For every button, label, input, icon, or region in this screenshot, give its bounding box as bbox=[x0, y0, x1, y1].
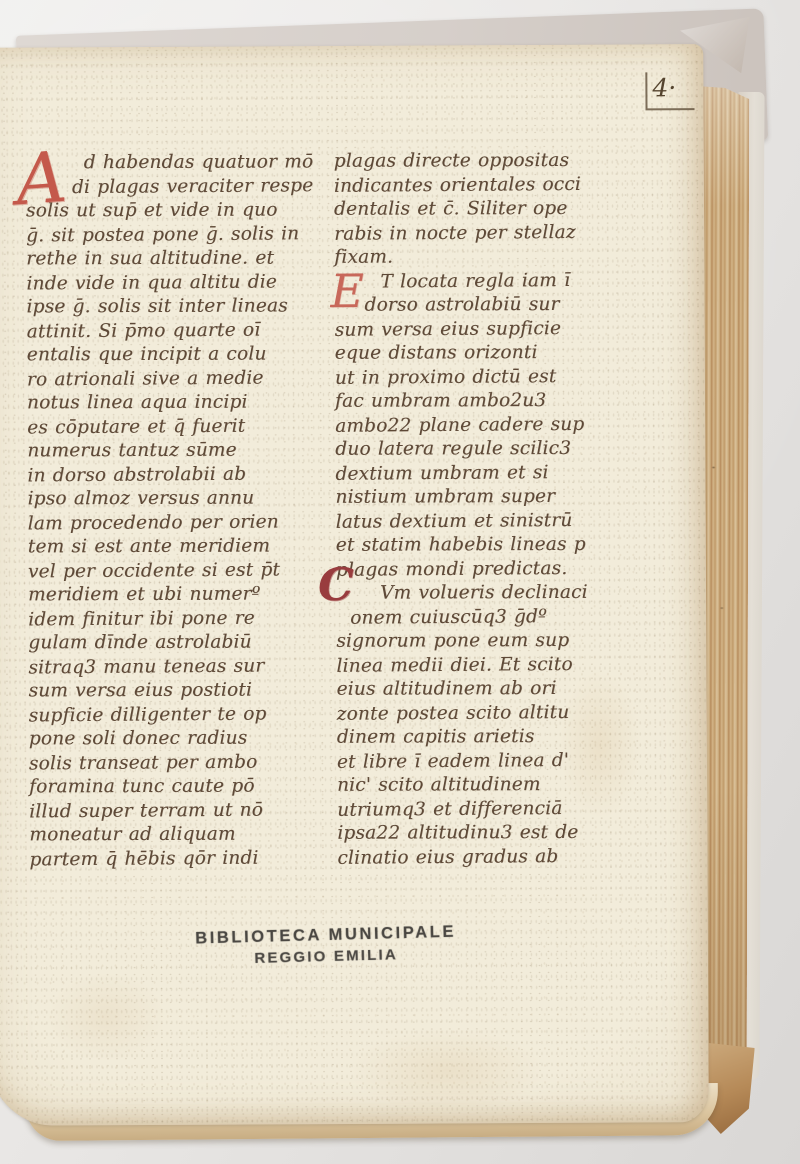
manuscript-line: vel per occidente si est p̄t bbox=[28, 558, 328, 584]
rubric-initial-a: A bbox=[13, 142, 69, 216]
manuscript-line: fixam. bbox=[334, 245, 634, 270]
manuscript-line: dinem capitis arietis bbox=[337, 725, 637, 750]
rubric-initial-c: C bbox=[318, 562, 354, 607]
text-column-right: plagas directe oppositas indicantes orie… bbox=[334, 148, 638, 870]
parchment-stain bbox=[26, 957, 187, 1078]
manuscript-line: moneatur ad aliquam bbox=[29, 822, 329, 847]
manuscript-line: eius altitudinem ab ori bbox=[337, 677, 637, 702]
manuscript-line: sum versa eius postioti bbox=[29, 678, 329, 703]
manuscript-line: sitraq3 manu teneas sur bbox=[28, 654, 328, 680]
manuscript-line: pone soli donec radius bbox=[29, 726, 329, 751]
manuscript-line: Vm volueris declinaci bbox=[336, 581, 636, 606]
manuscript-line: zonte postea scito altitu bbox=[337, 700, 637, 726]
manuscript-line: in dorso abstrolabii ab bbox=[27, 462, 327, 488]
manuscript-line: ipse ḡ. solis sit inter lineas bbox=[27, 294, 327, 319]
manuscript-line: nic' scito altitudinem bbox=[337, 773, 637, 798]
manuscript-line: ro atrionali sive a medie bbox=[27, 366, 327, 392]
manuscript-line: linea medii diei. Et scito bbox=[336, 652, 636, 678]
manuscript-line: idem finitur ibi pone re bbox=[28, 606, 328, 632]
library-stamp-city: REGGIO EMILIA bbox=[156, 944, 496, 970]
manuscript-line: solis ut sup̄ et vide in quo bbox=[26, 198, 326, 223]
manuscript-line: meridiem et ubi numerº bbox=[28, 582, 328, 607]
manuscript-line: ut in proximo dictū est bbox=[335, 364, 635, 390]
manuscript-line: T locata regla iam ī bbox=[334, 268, 634, 294]
manuscript-line: es cōputare et q̄ fuerit bbox=[27, 414, 327, 440]
folio-number: 4· bbox=[645, 72, 694, 110]
manuscript-line: dentalis et c̄. Siliter ope bbox=[334, 197, 634, 222]
manuscript-line: plagas mondi predictas. bbox=[336, 556, 636, 582]
manuscript-line: et statim habebis lineas p bbox=[336, 533, 636, 558]
manuscript-line: entalis que incipit a colu bbox=[27, 342, 327, 367]
manuscript-line: ḡ. sit postea pone ḡ. solis in bbox=[26, 222, 326, 248]
folio-number-text: 4· bbox=[652, 73, 676, 102]
manuscript-line: et libre ī eadem linea d' bbox=[337, 748, 637, 774]
manuscript-photograph: 4· d habendas quatuor mō di plagas verac… bbox=[0, 0, 800, 1164]
manuscript-line: illud super terram ut nō bbox=[29, 798, 329, 824]
manuscript-line: plagas directe oppositas bbox=[334, 149, 634, 174]
manuscript-line: partem q̄ hēbis qōr indi bbox=[29, 846, 329, 872]
manuscript-line: ambo22 plane cadere sup bbox=[335, 412, 635, 438]
manuscript-line: dorso astrolabiū sur bbox=[334, 293, 634, 318]
manuscript-line: foramina tunc caute pō bbox=[29, 774, 329, 799]
rubric-initial-e: E bbox=[330, 268, 364, 314]
manuscript-line: ipso almoz versus annu bbox=[28, 486, 328, 511]
manuscript-line: latus dextium et sinistrū bbox=[336, 508, 636, 534]
manuscript-line: nistium umbram super bbox=[336, 485, 636, 510]
manuscript-line: notus linea aqua incipi bbox=[27, 390, 327, 415]
library-stamp-name: BIBLIOTECA MUNICIPALE bbox=[155, 922, 495, 950]
manuscript-line: attinit. Si p̄mo quarte oī bbox=[27, 318, 327, 344]
manuscript-page: 4· d habendas quatuor mō di plagas verac… bbox=[0, 44, 709, 1126]
manuscript-line: eque distans orizonti bbox=[335, 341, 635, 366]
manuscript-line: clinatio eius gradus ab bbox=[337, 844, 637, 870]
manuscript-line: numerus tantuz sūme bbox=[27, 438, 327, 463]
manuscript-line: lam procedendo per orien bbox=[28, 510, 328, 536]
manuscript-line: sum versa eius supficie bbox=[335, 316, 635, 342]
manuscript-line: tem si est ante meridiem bbox=[28, 534, 328, 559]
manuscript-line: d habendas quatuor mō bbox=[26, 150, 326, 175]
manuscript-line: utriumq3 et differenciā bbox=[337, 796, 637, 822]
manuscript-line: indicantes orientales occi bbox=[334, 172, 634, 198]
library-stamp: BIBLIOTECA MUNICIPALE REGGIO EMILIA bbox=[155, 922, 496, 970]
manuscript-line: rethe in sua altitudine. et bbox=[26, 246, 326, 271]
manuscript-line: inde vide in qua altitu die bbox=[26, 270, 326, 296]
manuscript-line: duo latera regule scilic3 bbox=[335, 437, 635, 462]
parchment-stain bbox=[544, 644, 655, 845]
manuscript-line: fac umbram ambo2u3 bbox=[335, 389, 635, 414]
manuscript-line: supficie dilligenter te op bbox=[29, 702, 329, 728]
manuscript-line: di plagas veraciter respe bbox=[26, 174, 326, 200]
text-column-left: d habendas quatuor mō di plagas veracite… bbox=[26, 150, 330, 872]
manuscript-line: solis transeat per ambo bbox=[29, 750, 329, 776]
manuscript-line: ipsa22 altitudinu3 est de bbox=[337, 821, 637, 846]
manuscript-line: gulam dīnde astrolabiū bbox=[28, 630, 328, 655]
manuscript-line: onem cuiuscūq3 ḡdº bbox=[336, 604, 636, 630]
manuscript-line: dextium umbram et si bbox=[335, 460, 635, 486]
parchment-stain bbox=[316, 1015, 577, 1126]
manuscript-line: signorum pone eum sup bbox=[336, 629, 636, 654]
manuscript-line: rabis in nocte per stellaz bbox=[334, 220, 634, 246]
